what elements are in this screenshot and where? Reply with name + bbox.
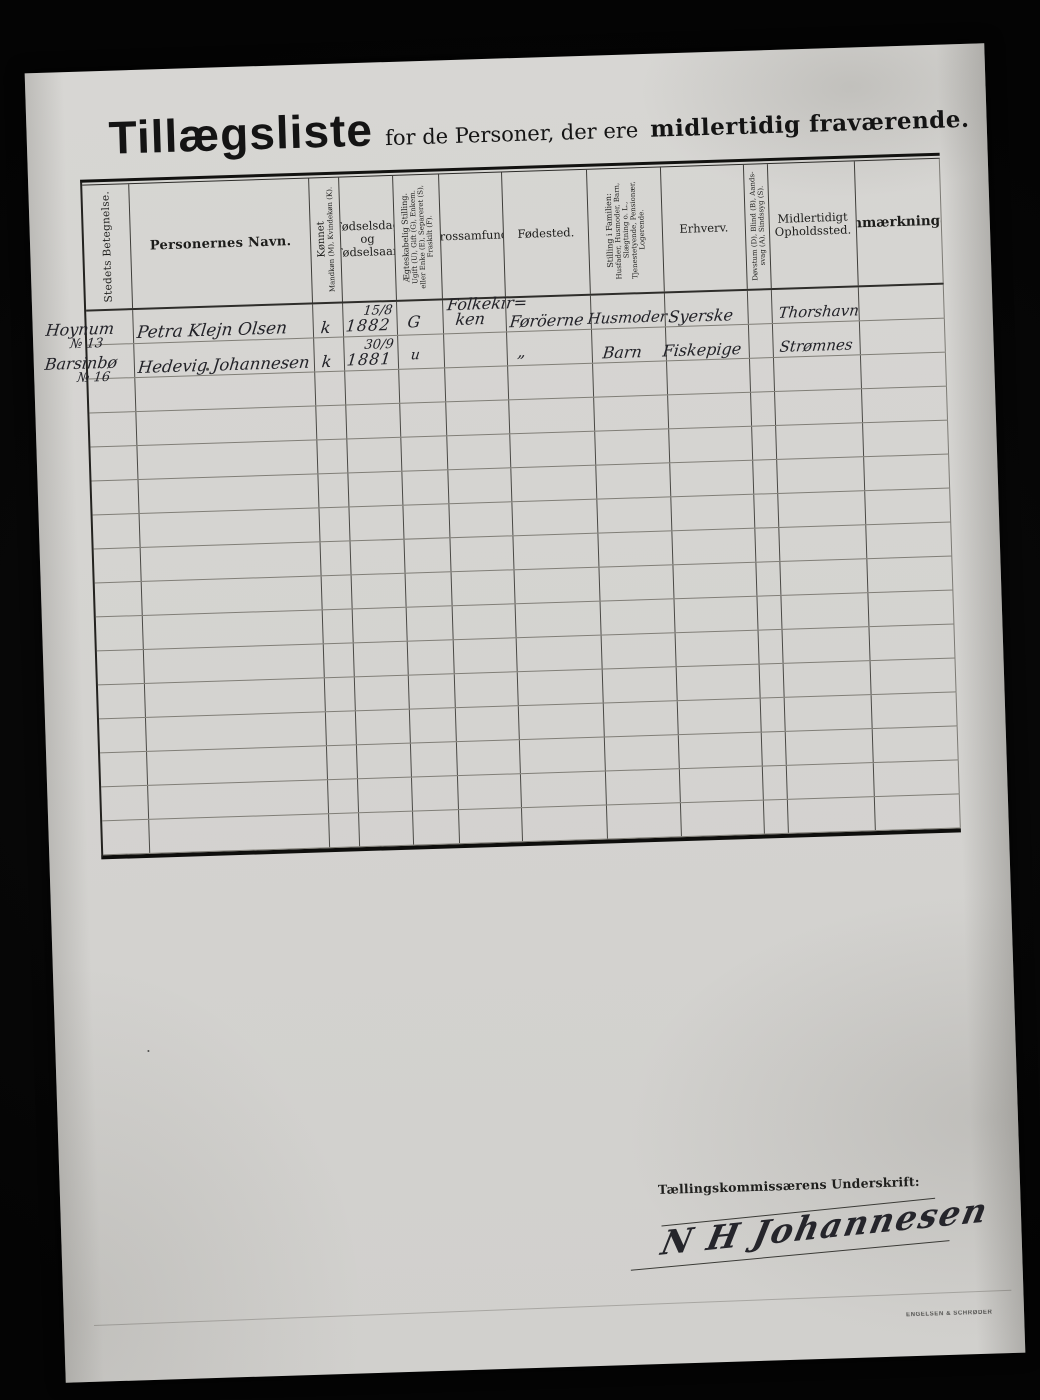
printer-mark: ENGELSEN & SCHRØDER bbox=[906, 1310, 993, 1319]
supplementary-list-table: Stedets Betegnelse. Personernes Navn. Kø… bbox=[80, 153, 961, 860]
column-header-marital-status: Ægteskabelig Stilling. Ugift (U), Gift (… bbox=[393, 174, 443, 299]
entry-temporary-residence: Thorshavn bbox=[778, 303, 860, 321]
entry-temporary-residence: Strømnes bbox=[779, 337, 854, 354]
bleed-through-rule bbox=[94, 1290, 1011, 1326]
cell-remarks bbox=[859, 285, 945, 321]
entry-family-position: Husmoder bbox=[587, 309, 668, 327]
cell-birthplace: „ bbox=[507, 330, 593, 366]
cell-marital-status: G bbox=[397, 300, 444, 334]
page-title-emphasis: midlertidig fraværende. bbox=[650, 106, 970, 143]
entry-place: Barsinbø № 16 bbox=[42, 355, 118, 387]
cell-family-position: Husmoder bbox=[591, 293, 666, 328]
cell-remarks bbox=[860, 319, 946, 355]
column-header-place: Stedets Betegnelse. bbox=[82, 184, 133, 309]
entry-birthdate: 30/9 1881 bbox=[346, 338, 394, 368]
cell-sex: k bbox=[313, 304, 344, 338]
column-header-birthplace: Fødested. bbox=[502, 170, 591, 297]
page-title-main: Tillægsliste bbox=[108, 103, 374, 165]
entry-birthplace: Føröerne bbox=[509, 312, 585, 329]
cell-temporary-residence: Thorshavn bbox=[772, 287, 860, 323]
column-header-family-position-label: Stilling i Familien: Husfader, Husmoder,… bbox=[604, 181, 647, 280]
cell-birthdate: 30/9 1881 bbox=[344, 336, 399, 371]
entry-name: Petra Klejn Olsen bbox=[136, 321, 288, 341]
entry-family-position: Barn bbox=[602, 344, 643, 360]
column-header-family-position: Stilling i Familien: Husfader, Husmoder,… bbox=[587, 167, 665, 293]
page-title-mid: for de Personer, der ere bbox=[385, 118, 639, 150]
entry-place: Hoynum № 13 bbox=[43, 321, 115, 353]
cell-birthdate: 15/8 1882 bbox=[343, 302, 398, 337]
cell-marital-status: u bbox=[398, 334, 445, 368]
cell-temporary-residence: Strømnes bbox=[773, 321, 861, 357]
page-title: Tillægsliste for de Personer, der ere mi… bbox=[108, 84, 970, 165]
cell-place: Hoynum № 13 bbox=[86, 310, 134, 344]
scan-background: { "colors":{"background":"#050505","pape… bbox=[0, 0, 1040, 1400]
signature-label: Tællingskommissærens Underskrift: bbox=[658, 1174, 920, 1197]
entry-occupation: Syerske bbox=[668, 307, 734, 324]
column-header-disability-label: Døvstum (D), Blind (B), Aands- svag (A),… bbox=[748, 172, 767, 282]
entry-marital-status: G bbox=[407, 314, 421, 329]
cell-occupation: Syerske bbox=[665, 291, 749, 327]
cell-name: Petra Klejn Olsen bbox=[133, 304, 314, 343]
cell-family-position: Barn bbox=[592, 327, 667, 362]
cell-religion bbox=[444, 332, 508, 367]
cell-disability bbox=[748, 290, 773, 324]
column-header-birthdate: Fødselsdag og Fødselsaar. bbox=[339, 176, 397, 302]
column-header-remarks: Anmærkninger bbox=[855, 159, 944, 286]
entry-birthplace-ditto: „ bbox=[517, 344, 527, 359]
column-header-marital-status-label: Ægteskabelig Stilling. Ugift (U), Gift (… bbox=[400, 185, 435, 290]
ink-speck bbox=[147, 1050, 149, 1052]
cell-name: Hedevig Johannesen bbox=[134, 338, 315, 377]
column-header-religion: Trossamfund. bbox=[439, 172, 506, 298]
census-form-sheet: Tillægsliste for de Personer, der ere mi… bbox=[25, 43, 1026, 1383]
table-body: Hoynum № 13 Petra Klejn Olsen k 15/8 188… bbox=[86, 285, 961, 856]
column-header-name-label: Personernes Navn. bbox=[150, 234, 292, 253]
cell-religion: Folkekir= ken bbox=[443, 298, 507, 333]
entry-occupation: Fiskepige bbox=[662, 341, 742, 359]
cell-sex: k bbox=[314, 337, 345, 371]
column-header-place-label: Stedets Betegnelse. bbox=[99, 191, 114, 303]
entry-marital-status: u bbox=[410, 348, 421, 363]
cell-occupation: Fiskepige bbox=[666, 325, 750, 361]
column-header-name: Personernes Navn. bbox=[129, 179, 313, 309]
column-header-sex-label: Kønnet Mandkøn (M), Kvindekøn (K). bbox=[314, 187, 336, 293]
entry-sex: k bbox=[320, 320, 331, 335]
column-header-sex: Kønnet Mandkøn (M), Kvindekøn (K). bbox=[309, 178, 343, 303]
column-header-occupation: Erhverv. bbox=[661, 165, 748, 292]
entry-birthdate: 15/8 1882 bbox=[345, 304, 393, 334]
entry-name: Hedevig Johannesen bbox=[137, 355, 310, 375]
cell-disability bbox=[749, 324, 774, 358]
column-header-temporary-residence: Midlertidigt Opholdssted. bbox=[768, 161, 859, 288]
entry-sex: k bbox=[321, 354, 332, 369]
